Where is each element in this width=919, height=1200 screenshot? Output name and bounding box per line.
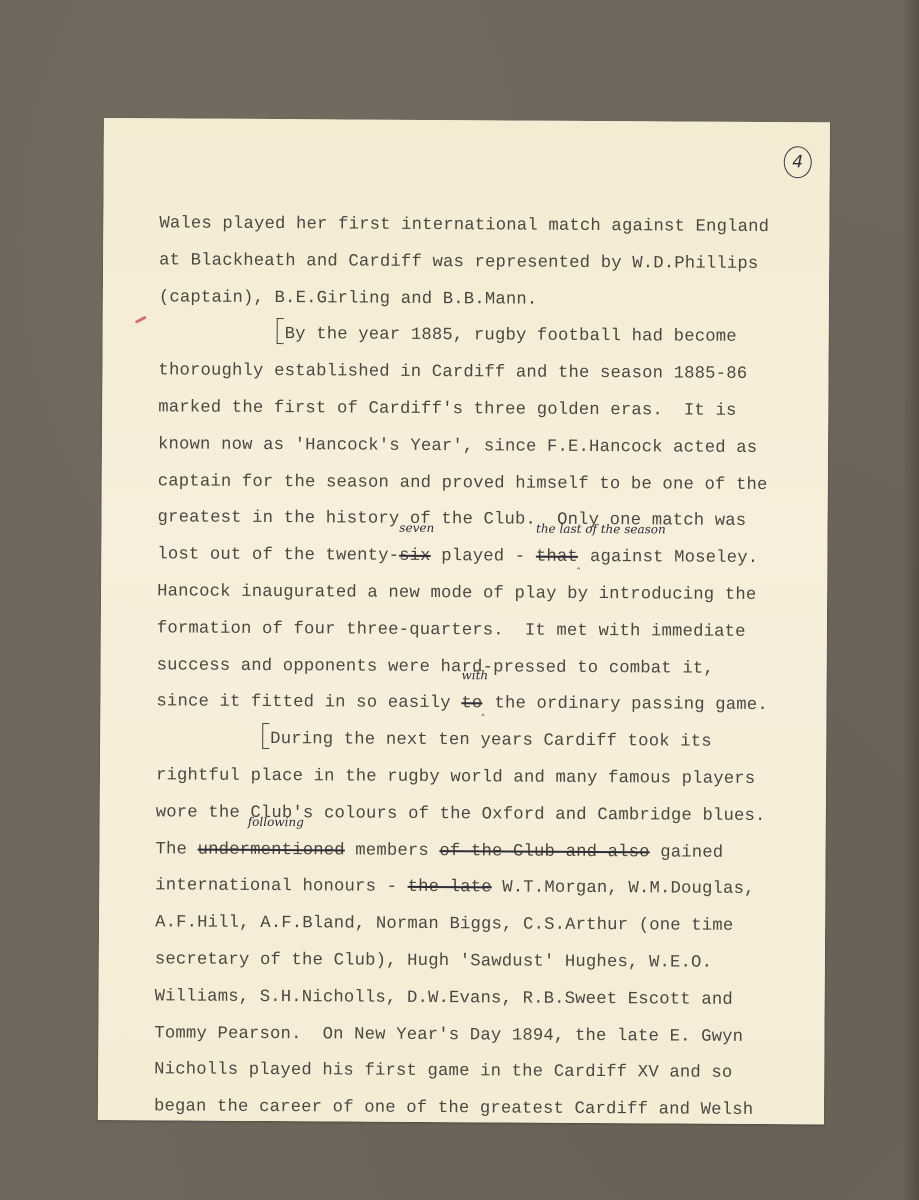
editorial-bracket-mark [277, 318, 284, 344]
text-line: greatest in the history of the Club. Onl… [157, 501, 817, 542]
text-line: rightful place in the rugby world and ma… [156, 758, 816, 799]
text-line: Tommy Pearson. On New Year's Day 1894, t… [154, 1016, 814, 1057]
handwritten-insertion: with [461, 669, 488, 683]
correction: withto [461, 687, 482, 724]
text-line-with-corrections: The followingundermentioned members of t… [155, 832, 815, 873]
text-line: began the career of one of the greatest … [154, 1089, 814, 1130]
handwritten-insertion: the last of the season [536, 522, 666, 537]
text-line: thoroughly established in Cardiff and th… [158, 354, 818, 395]
handwritten-insertion: seven [399, 521, 434, 535]
struck-text: that [536, 548, 578, 567]
text-line-with-corrections: lost out of the twenty-sevensix played -… [157, 538, 817, 579]
red-pencil-mark [135, 316, 147, 324]
struck-text: of the Club and also [439, 842, 649, 862]
text-line: By the year 1885, rugby football had bec… [159, 317, 819, 358]
typescript-body: Wales played her first international mat… [154, 206, 820, 1130]
struck-text: undermentioned [198, 840, 345, 860]
text-line: captain for the season and proved himsel… [158, 464, 818, 505]
struck-text: to [461, 695, 482, 714]
text-line: marked the first of Cardiff's three gold… [158, 390, 818, 431]
text-line-with-corrections: international honours - the late W.T.Mor… [155, 869, 815, 910]
text-line: secretary of the Club), Hugh 'Sawdust' H… [155, 942, 815, 983]
editorial-bracket-mark [262, 723, 269, 749]
correction: followingundermentioned [197, 832, 344, 870]
album-backdrop-edge [903, 0, 919, 1200]
struck-text: six [399, 547, 431, 566]
text-line: formation of four three-quarters. It met… [157, 611, 817, 652]
text-line: at Blackheath and Cardiff was represente… [159, 243, 819, 284]
correction: the last of the seasonthat [536, 540, 578, 577]
text-line-with-corrections: since it fitted in so easily withto‸ the… [156, 685, 816, 726]
handwritten-insertion: following [248, 814, 304, 828]
text-line: A.F.Hill, A.F.Bland, Norman Biggs, C.S.A… [155, 905, 815, 946]
struck-text: the late [408, 878, 492, 898]
page-number-circled: 4 [784, 146, 812, 178]
text-line: Hancock inaugurated a new mode of play b… [157, 574, 817, 615]
correction: sevensix [399, 539, 431, 576]
text-line: Nicholls played his first game in the Ca… [154, 1053, 814, 1094]
typescript-page: 4 Wales played her first international m… [98, 118, 830, 1124]
text-line: Wales played her first international mat… [159, 206, 819, 247]
text-line: (captain), B.E.Girling and B.B.Mann. [159, 280, 819, 321]
text-line: Williams, S.H.Nicholls, D.W.Evans, R.B.S… [155, 979, 815, 1020]
text-line: known now as 'Hancock's Year', since F.E… [158, 427, 818, 468]
text-line: During the next ten years Cardiff took i… [156, 721, 816, 762]
